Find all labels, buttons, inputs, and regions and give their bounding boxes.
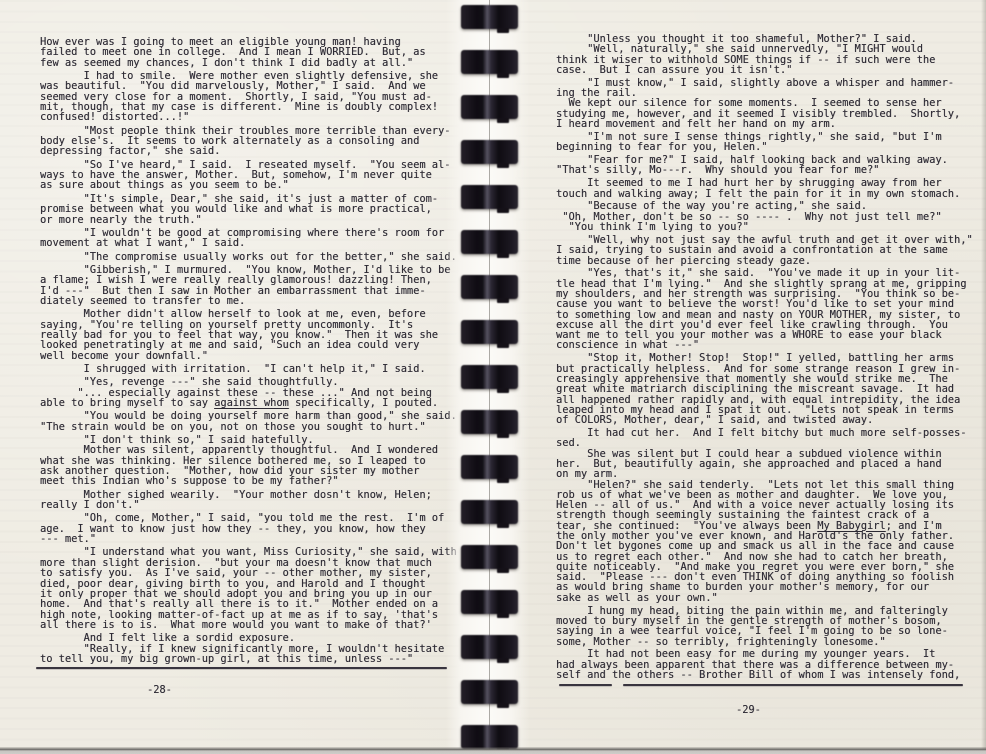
binding-loop xyxy=(461,140,518,164)
text-line: --- met." xyxy=(40,534,457,544)
binding-loop xyxy=(461,365,518,389)
spiral-binding xyxy=(446,0,530,754)
binding-loop xyxy=(461,590,518,614)
text-line: sake as well as your own." xyxy=(556,593,973,603)
binding-loop xyxy=(461,455,518,479)
text-line: touch and walking away; I felt the pain … xyxy=(556,189,973,199)
text-line: a flame; I wish I were really really gla… xyxy=(40,275,457,285)
binding-loop xyxy=(461,635,518,659)
binding-loop xyxy=(461,185,518,209)
binding-loop xyxy=(461,680,518,704)
text-line: meet this Indian who's suppose to be my … xyxy=(40,476,457,486)
binding-loop xyxy=(461,545,518,569)
left-page-number: -28- xyxy=(147,684,172,696)
right-page-rule-long xyxy=(623,684,963,686)
text-line: "The compromise usually works out for th… xyxy=(40,252,457,262)
text-line: of COLORS, Mother, dear," I said, and tw… xyxy=(556,415,973,425)
text-line: time because of her piercing steady gaze… xyxy=(556,256,973,266)
text-line: It seemed to me I had hurt her by shrugg… xyxy=(556,178,973,188)
page-right-edge xyxy=(981,0,986,754)
text-line: on my arm. xyxy=(556,469,973,479)
binding-loop xyxy=(461,275,518,299)
text-line: as sure about things as you seem to be." xyxy=(40,180,457,190)
text-line: self and the others -- Brother Bill of w… xyxy=(556,670,973,680)
left-page-rule xyxy=(36,667,447,669)
text-line: movement at what I want," I said. xyxy=(40,238,457,248)
binding-loop xyxy=(461,320,518,344)
text-line: promise between what you would like and … xyxy=(40,204,457,214)
text-line: And I felt like a sordid exposure. xyxy=(40,633,457,643)
text-line: It had cut her. And I felt bitchy but mu… xyxy=(556,428,973,438)
page-left-text: How ever was I going to meet an eligible… xyxy=(40,37,457,664)
right-page-number: -29- xyxy=(736,704,761,716)
text-line: diately seemed to transfer to me. xyxy=(40,296,457,306)
page-right: "Unless you thought it too shameful, Mot… xyxy=(528,0,986,747)
text-line: or more nearly the truth." xyxy=(40,215,457,225)
text-line: confused! distorted...!" xyxy=(40,112,457,122)
text-line: "You think I'm lying to you?" xyxy=(556,222,973,232)
text-line: to tell you, my big grown-up girl, at th… xyxy=(40,654,457,664)
text-line: some, Mother -- so terribly, frightening… xyxy=(556,637,973,647)
page-right-text: "Unless you thought it too shameful, Mot… xyxy=(556,34,973,680)
text-line: conscience in what ---" xyxy=(556,340,973,350)
text-line: able to bring myself to say against whom… xyxy=(40,398,457,408)
text-line: beginning to fear for you, Helen." xyxy=(556,142,973,152)
text-line: her. But, beautifully again, she approac… xyxy=(556,459,973,469)
binding-loop xyxy=(461,95,518,119)
page-left: How ever was I going to meet an eligible… xyxy=(0,0,448,747)
text-line: few as seemed my chances, I don't think … xyxy=(40,58,457,68)
binding-loop xyxy=(461,230,518,254)
text-line: "The strain would be on you, not on thos… xyxy=(40,422,457,432)
binding-loop xyxy=(461,725,518,749)
text-line: I said, trying to sustain and avoid a co… xyxy=(556,245,973,255)
text-line: to satisfy you. As I've said, your -- ot… xyxy=(40,568,457,578)
text-line: well become your downfall." xyxy=(40,351,457,361)
book-spread: How ever was I going to meet an eligible… xyxy=(0,0,986,754)
text-line: really I don't." xyxy=(40,500,457,510)
text-line: depressing factor," she said. xyxy=(40,146,457,156)
text-line: age. I want to know just how they -- the… xyxy=(40,524,457,534)
text-line: home. And that's really all there is to … xyxy=(40,599,457,609)
text-line: all there is to is. What more would you … xyxy=(40,620,457,630)
text-line: I heard movement and felt her hand on my… xyxy=(556,119,973,129)
right-page-rule-short xyxy=(559,684,612,686)
binding-loop xyxy=(461,50,518,74)
binding-loop xyxy=(461,500,518,524)
text-line: "That's silly, Mo---r. Why should you fe… xyxy=(556,165,973,175)
text-line: I shrugged with irritation. "I can't hel… xyxy=(40,364,457,374)
binding-loop xyxy=(461,5,518,29)
binding-loop xyxy=(461,410,518,434)
text-line: great white matriarch disciplining the m… xyxy=(556,384,973,394)
page-bottom-edge xyxy=(0,747,986,754)
text-line: case. But I can assure you it isn't." xyxy=(556,65,973,75)
